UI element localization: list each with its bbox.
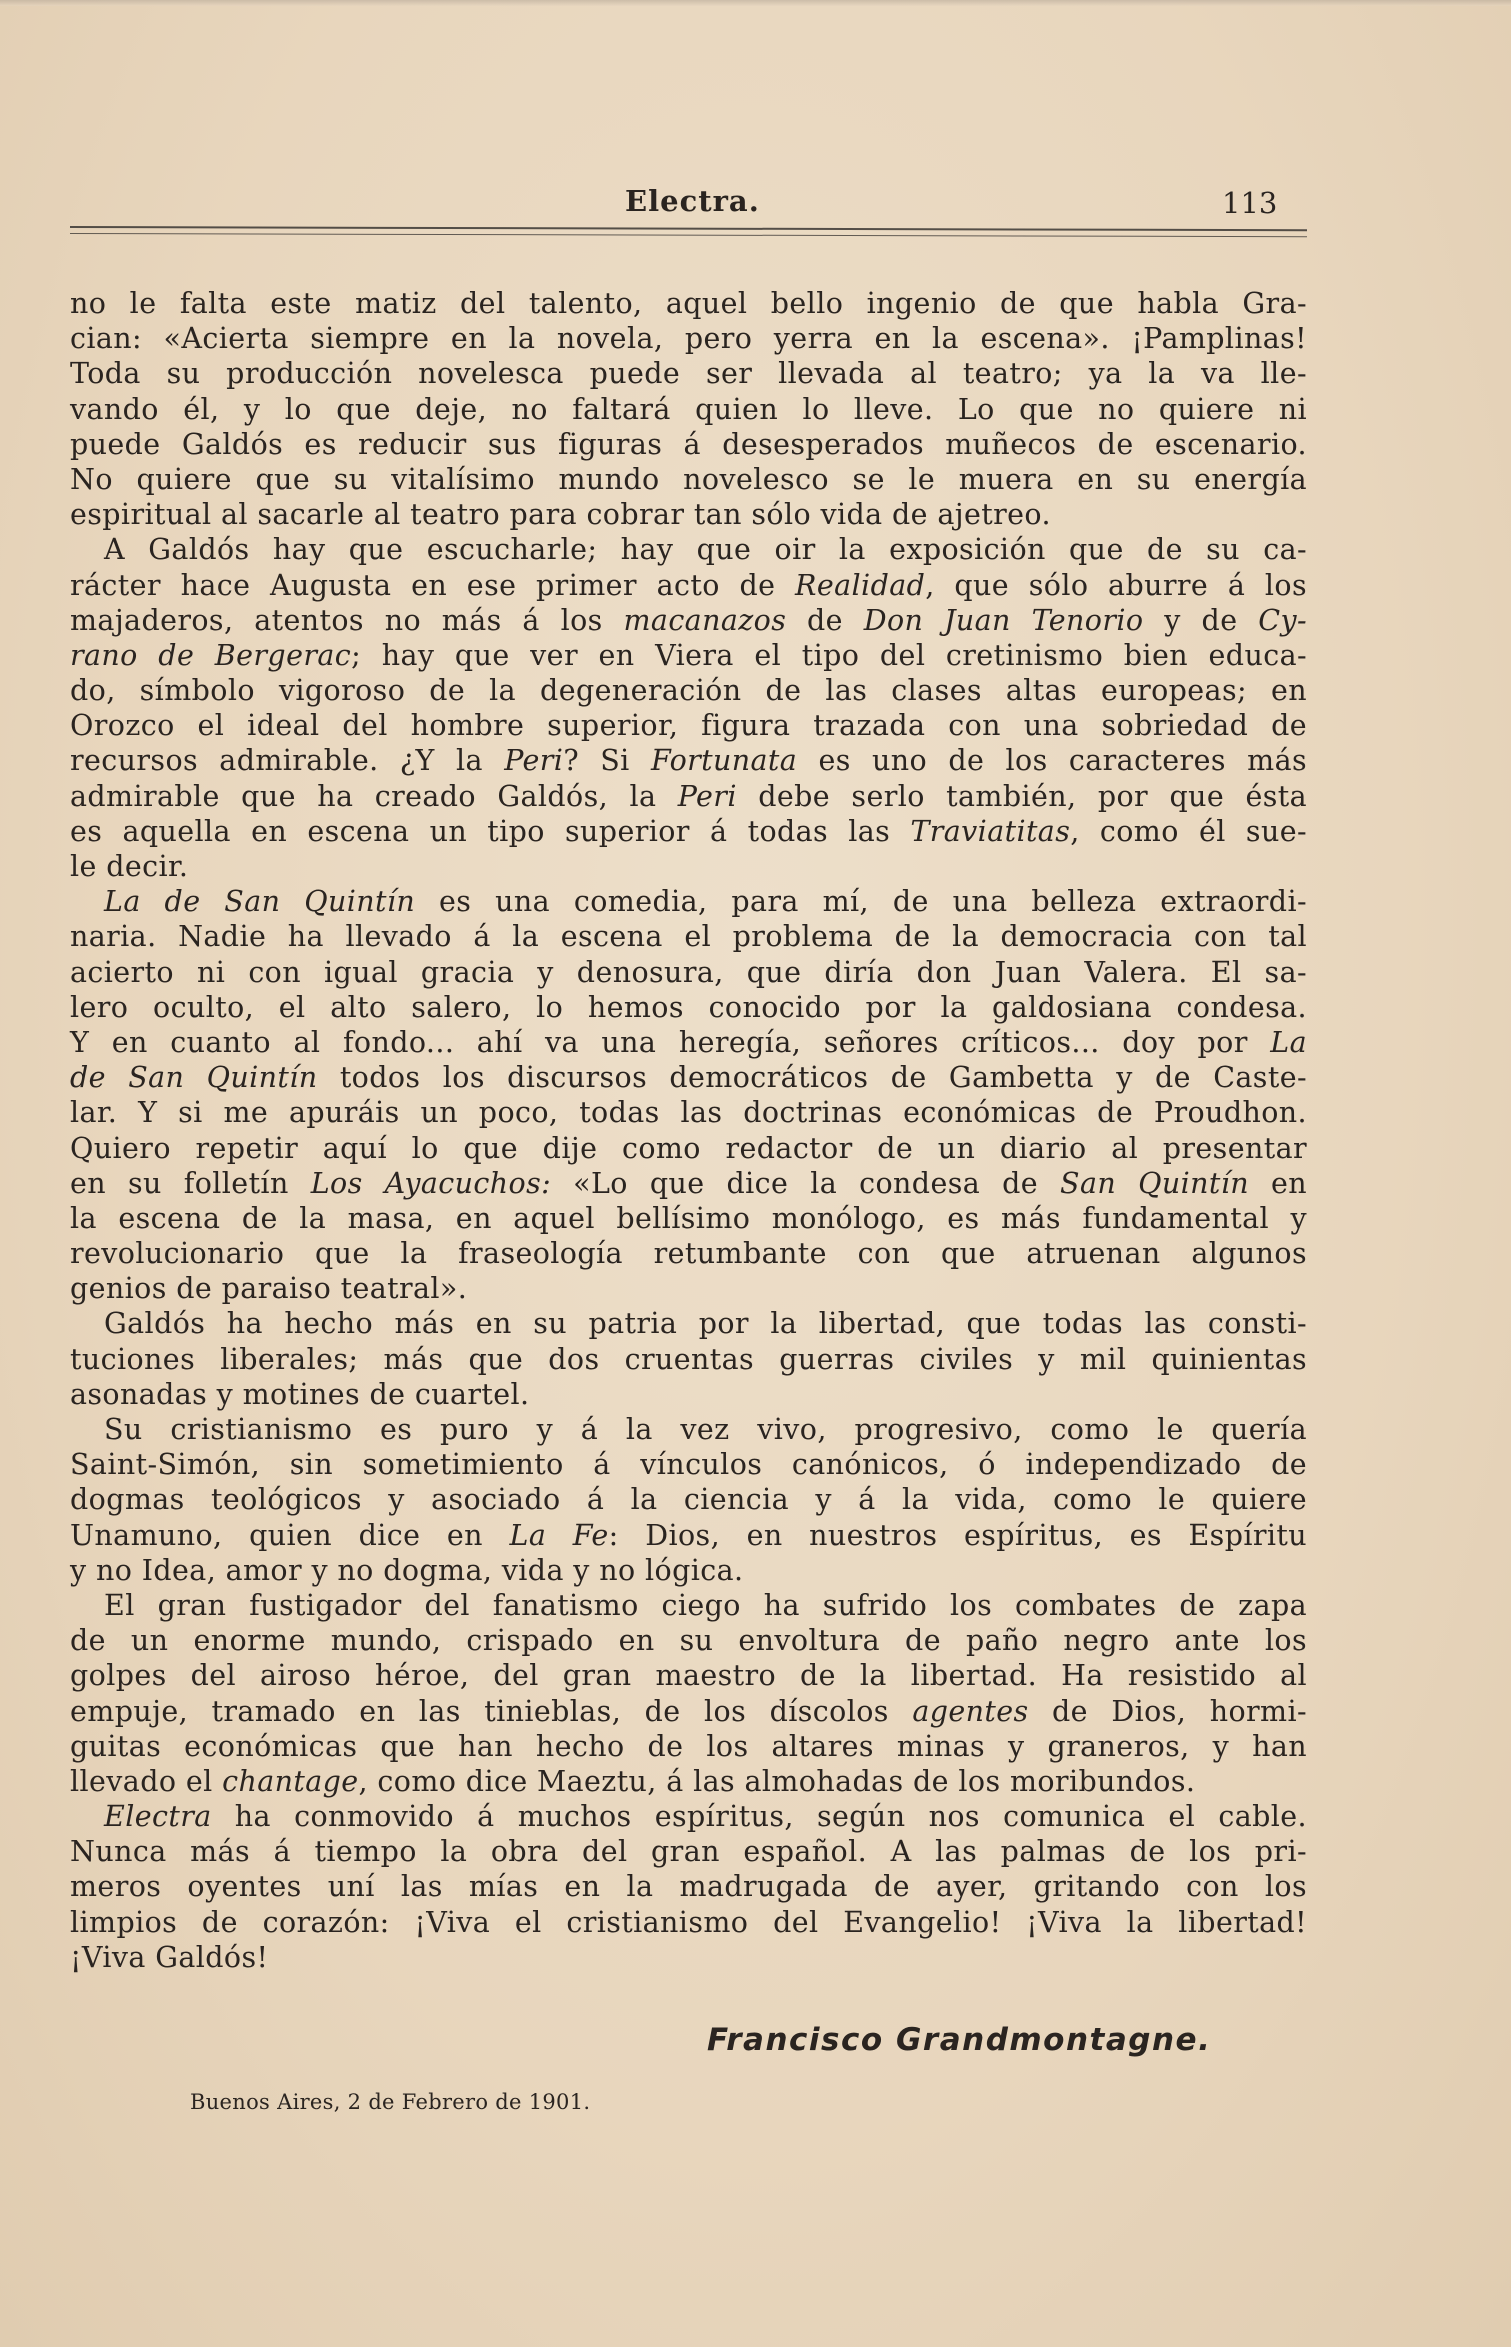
text-line: guitas económicas que han hecho de los a… [70,1729,1307,1764]
italic-title-text: Electra [104,1800,212,1833]
body-text-segment: ¡Viva Galdós! [70,1941,268,1974]
text-line: llevado el chantage, como dice Maeztu, á… [70,1764,1307,1799]
italic-title-text: La de San Quintín [104,885,415,918]
body-text-segment: llevado el [70,1765,222,1798]
body-text-segment: naria. Nadie ha llevado á la escena el p… [70,920,1307,953]
body-text-segment: ha conmovido á muchos espíritus, según n… [212,1800,1307,1833]
running-header: Electra. 113 [70,180,1307,220]
body-text-segment: de [786,604,864,637]
italic-title-text: rano de Bergerac [70,639,351,672]
text-line: acierto ni con igual gracia y denosura, … [70,955,1307,990]
body-text-segment: Quiero repetir aquí lo que dije como red… [70,1132,1307,1165]
text-line: no le falta este matiz del talento, aque… [70,286,1307,321]
body-text-segment: y de [1143,604,1258,637]
body-text-segment: no le falta este matiz del talento, aque… [70,287,1307,320]
body-text-segment: El gran fustigador del fanatismo ciego h… [104,1589,1307,1622]
text-line: meros oyentes uní las mías en la madruga… [70,1869,1307,1904]
text-line: es aquella en escena un tipo superior á … [70,814,1307,849]
body-text-segment: , como dice Maeztu, á las almohadas de l… [359,1765,1196,1798]
body-text-segment: meros oyentes uní las mías en la madruga… [70,1870,1307,1903]
text-line: Electra ha conmovido á muchos espíritus,… [70,1799,1307,1834]
italic-title-text: Realidad [795,569,925,602]
running-title: Electra. [625,184,760,218]
italic-title-text: chantage [222,1765,358,1798]
italic-title-text: Peri [504,744,563,777]
body-text-segment: Orozco el ideal del hombre superior, fig… [70,709,1307,742]
page-top-edge [0,0,1511,6]
body-text-segment: y no Idea, amor y no dogma, vida y no ló… [70,1554,743,1587]
body-text-segment: en su folletín [70,1167,311,1200]
body-text-segment: de un enorme mundo, crispado en su envol… [70,1624,1307,1657]
italic-title-text: Cy- [1258,604,1307,637]
body-text-segment: dogmas teológicos y asociado á la cienci… [70,1483,1307,1516]
body-text-segment: empuje, tramado en las tinieblas, de los… [70,1695,912,1728]
text-line: Saint-Simón, sin sometimiento á vínculos… [70,1447,1307,1482]
italic-title-text: La [1270,1026,1307,1059]
body-text-segment: asonadas y motines de cuartel. [70,1378,529,1411]
text-line: Toda su producción novelesca puede ser l… [70,356,1307,391]
body-text-segment: espiritual al sacarle al teatro para cob… [70,498,1051,531]
text-line: No quiere que su vitalísimo mundo novele… [70,462,1307,497]
header-double-rule [70,226,1307,237]
text-line: de San Quintín todos los discursos democ… [70,1060,1307,1095]
text-line: rácter hace Augusta en ese primer acto d… [70,568,1307,603]
body-text-segment: lar. Y si me apuráis un poco, todas las … [70,1096,1307,1129]
italic-title-text: San Quintín [1060,1167,1249,1200]
text-line: dogmas teológicos y asociado á la cienci… [70,1482,1307,1517]
body-text-segment: Y en cuanto al fondo... ahí va una hereg… [70,1026,1270,1059]
body-text-segment: rácter hace Augusta en ese primer acto d… [70,569,795,602]
body-text-segment: es uno de los caracteres más [797,744,1307,777]
author-signature: Francisco Grandmontagne. [707,2022,1211,2058]
body-text-segment: «Lo que dice la condesa de [551,1167,1060,1200]
text-line: Unamuno, quien dice en La Fe: Dios, en n… [70,1518,1307,1553]
text-line: lar. Y si me apuráis un poco, todas las … [70,1095,1307,1130]
text-line: ¡Viva Galdós! [70,1940,1307,1975]
italic-title-text: La Fe [510,1519,609,1552]
page-number: 113 [1222,186,1277,220]
text-line: majaderos, atentos no más á los macanazo… [70,603,1307,638]
body-text-segment: revolucionario que la fraseología retumb… [70,1237,1307,1270]
text-line: rano de Bergerac; hay que ver en Viera e… [70,638,1307,673]
body-text-segment: do, símbolo vigoroso de la degeneración … [70,674,1307,707]
body-text-segment: : Dios, en nuestros espíritus, es Espíri… [609,1519,1307,1552]
body-text-segment: No quiere que su vitalísimo mundo novele… [70,463,1307,496]
text-line: asonadas y motines de cuartel. [70,1377,1307,1412]
text-line: admirable que ha creado Galdós, la Peri … [70,779,1307,814]
book-page: Electra. 113 no le falta este matiz del … [0,0,1511,2347]
body-text-segment: todos los discursos democráticos de Gamb… [318,1061,1307,1094]
body-text-segment: , que sólo aburre á los [925,569,1307,602]
text-line: Orozco el ideal del hombre superior, fig… [70,708,1307,743]
text-line: Nunca más á tiempo la obra del gran espa… [70,1834,1307,1869]
text-line: y no Idea, amor y no dogma, vida y no ló… [70,1553,1307,1588]
text-line: La de San Quintín es una comedia, para m… [70,884,1307,919]
italic-title-text: Peri [678,780,737,813]
body-text-segment: Saint-Simón, sin sometimiento á vínculos… [70,1448,1307,1481]
text-line: revolucionario que la fraseología retumb… [70,1236,1307,1271]
body-text-segment: acierto ni con igual gracia y denosura, … [70,956,1307,989]
body-text-segment: tuciones liberales; más que dos cruentas… [70,1343,1307,1376]
text-line: Y en cuanto al fondo... ahí va una hereg… [70,1025,1307,1060]
text-line: vando él, y lo que deje, no faltará quie… [70,392,1307,427]
text-line: tuciones liberales; más que dos cruentas… [70,1342,1307,1377]
body-text-segment: de Dios, hormi- [1029,1695,1307,1728]
text-line: Quiero repetir aquí lo que dije como red… [70,1131,1307,1166]
text-line: golpes del airoso héroe, del gran maestr… [70,1658,1307,1693]
body-text-segment: en [1249,1167,1307,1200]
body-text-segment: Toda su producción novelesca puede ser l… [70,357,1307,390]
text-line: Galdós ha hecho más en su patria por la … [70,1306,1307,1341]
italic-title-text: Traviatitas [910,815,1070,848]
dateline: Buenos Aires, 2 de Febrero de 1901. [190,2090,590,2114]
text-line: empuje, tramado en las tinieblas, de los… [70,1694,1307,1729]
text-line: limpios de corazón: ¡Viva el cristianism… [70,1905,1307,1940]
text-line: de un enorme mundo, crispado en su envol… [70,1623,1307,1658]
text-line: puede Galdós es reducir sus figuras á de… [70,427,1307,462]
body-text-segment: vando él, y lo que deje, no faltará quie… [70,393,1307,426]
body-text-segment: admirable que ha creado Galdós, la [70,780,678,813]
text-line: recursos admirable. ¿Y la Peri? Si Fortu… [70,743,1307,778]
body-text-segment: , como él sue- [1070,815,1307,848]
body-text-segment: lero oculto, el alto salero, lo hemos co… [70,991,1307,1024]
article-body: no le falta este matiz del talento, aque… [70,286,1307,1975]
body-text-segment: guitas económicas que han hecho de los a… [70,1730,1307,1763]
text-line: Su cristianismo es puro y á la vez vivo,… [70,1412,1307,1447]
body-text-segment: genios de paraiso teatral». [70,1272,467,1305]
body-text-segment: Nunca más á tiempo la obra del gran espa… [70,1835,1307,1868]
text-line: A Galdós hay que escucharle; hay que oir… [70,532,1307,567]
body-text-segment: limpios de corazón: ¡Viva el cristianism… [70,1906,1307,1939]
text-line: espiritual al sacarle al teatro para cob… [70,497,1307,532]
body-text-segment: puede Galdós es reducir sus figuras á de… [70,428,1307,461]
text-line: El gran fustigador del fanatismo ciego h… [70,1588,1307,1623]
body-text-segment: cian: «Acierta siempre en la novela, per… [70,322,1307,355]
text-line: genios de paraiso teatral». [70,1271,1307,1306]
text-line: le decir. [70,849,1307,884]
italic-title-text: Fortunata [651,744,797,777]
body-text-segment: debe serlo también, por que ésta [737,780,1307,813]
body-text-segment: recursos admirable. ¿Y la [70,744,504,777]
body-text-segment: golpes del airoso héroe, del gran maestr… [70,1659,1307,1692]
body-text-segment: Galdós ha hecho más en su patria por la … [104,1307,1307,1340]
body-text-segment: ? Si [563,744,651,777]
body-text-segment: majaderos, atentos no más á los [70,604,624,637]
italic-title-text: de San Quintín [70,1061,318,1094]
text-line: en su folletín Los Ayacuchos: «Lo que di… [70,1166,1307,1201]
text-line: lero oculto, el alto salero, lo hemos co… [70,990,1307,1025]
body-text-segment: es aquella en escena un tipo superior á … [70,815,910,848]
body-text-segment: es una comedia, para mí, de una belleza … [415,885,1307,918]
body-text-segment: A Galdós hay que escucharle; hay que oir… [104,533,1307,566]
body-text-segment: le decir. [70,850,188,883]
italic-title-text: macanazos [624,604,787,637]
italic-title-text: agentes [912,1695,1028,1728]
text-line: do, símbolo vigoroso de la degeneración … [70,673,1307,708]
text-line: naria. Nadie ha llevado á la escena el p… [70,919,1307,954]
italic-title-text: Don Juan Tenorio [864,604,1144,637]
italic-title-text: Los Ayacuchos: [311,1167,551,1200]
text-line: la escena de la masa, en aquel bellísimo… [70,1201,1307,1236]
body-text-segment: ; hay que ver en Viera el tipo del creti… [351,639,1307,672]
text-line: cian: «Acierta siempre en la novela, per… [70,321,1307,356]
body-text-segment: la escena de la masa, en aquel bellísimo… [70,1202,1307,1235]
body-text-segment: Unamuno, quien dice en [70,1519,510,1552]
body-text-segment: Su cristianismo es puro y á la vez vivo,… [104,1413,1307,1446]
